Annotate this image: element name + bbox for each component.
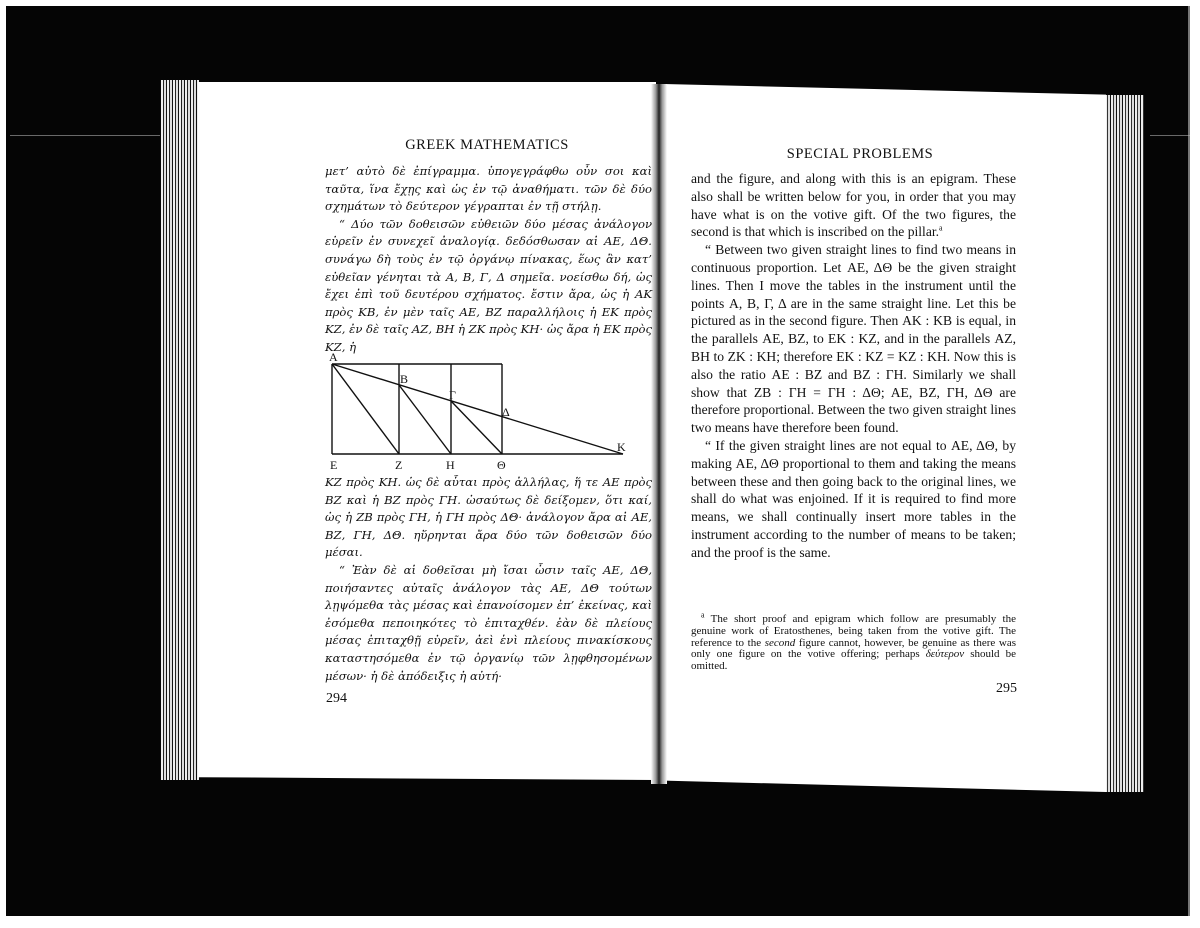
english-paragraph: and the figure, and along with this is a… xyxy=(691,170,1016,241)
geometric-figure: Α Β Γ Δ Ε Ζ Η Θ Κ xyxy=(325,351,645,475)
right-page-edges xyxy=(1104,95,1144,792)
greek-paragraph: ΚΖ πρὸς ΚΗ. ὡς δὲ αὗται πρὸς ἀλλήλας, ἥ … xyxy=(325,474,652,562)
label-zeta: Ζ xyxy=(395,458,402,472)
label-alpha: Α xyxy=(329,351,338,364)
footnote-marker: a xyxy=(939,224,943,233)
footnote-emphasis: second xyxy=(765,637,796,649)
label-eta: Η xyxy=(446,458,455,472)
label-gamma: Γ xyxy=(449,388,456,402)
greek-text-top: μετ’ αὐτὸ δὲ ἐπίγραμμα. ὑπογεγράφθω οὖν … xyxy=(325,163,652,357)
greek-paragraph: “ Δύο τῶν δοθεισῶν εὐθειῶν δύο μέσας ἀνά… xyxy=(325,216,652,357)
label-theta: Θ xyxy=(497,458,506,472)
greek-paragraph: μετ’ αὐτὸ δὲ ἐπίγραμμα. ὑπογεγράφθω οὖν … xyxy=(325,163,652,216)
footnote-marker: a xyxy=(701,610,705,619)
footnote-greek-word: δεύτερον xyxy=(926,648,964,660)
greek-paragraph: “ Ἐὰν δὲ αἱ δοθεῖσαι μὴ ἴσαι ὦσιν ταῖς Α… xyxy=(325,562,652,685)
greek-text-bottom: ΚΖ πρὸς ΚΗ. ὡς δὲ αὗται πρὸς ἀλλήλας, ἥ … xyxy=(325,474,652,685)
footnote-text: a The short proof and epigram which foll… xyxy=(691,614,1016,673)
left-running-head: GREEK MATHEMATICS xyxy=(322,137,652,154)
footnote: a The short proof and epigram which foll… xyxy=(691,614,1016,673)
page-number-right: 295 xyxy=(996,681,1017,697)
right-running-head: SPECIAL PROBLEMS xyxy=(690,146,1030,163)
label-beta: Β xyxy=(400,372,408,386)
english-paragraph: “ Between two given straight lines to fi… xyxy=(691,241,1016,437)
book-gutter xyxy=(651,84,667,784)
paragraph-text: and the figure, and along with this is a… xyxy=(691,171,1016,239)
left-page-edges xyxy=(161,80,199,780)
label-kappa: Κ xyxy=(617,440,626,454)
scan-artifact xyxy=(1150,135,1190,136)
english-text: and the figure, and along with this is a… xyxy=(691,170,1016,562)
page-number-left: 294 xyxy=(326,691,347,707)
label-delta: Δ xyxy=(502,405,510,419)
scan-artifact xyxy=(10,135,160,136)
label-epsilon: Ε xyxy=(330,458,337,472)
scan-border xyxy=(1188,6,1190,916)
english-paragraph: “ If the given straight lines are not eq… xyxy=(691,437,1016,562)
